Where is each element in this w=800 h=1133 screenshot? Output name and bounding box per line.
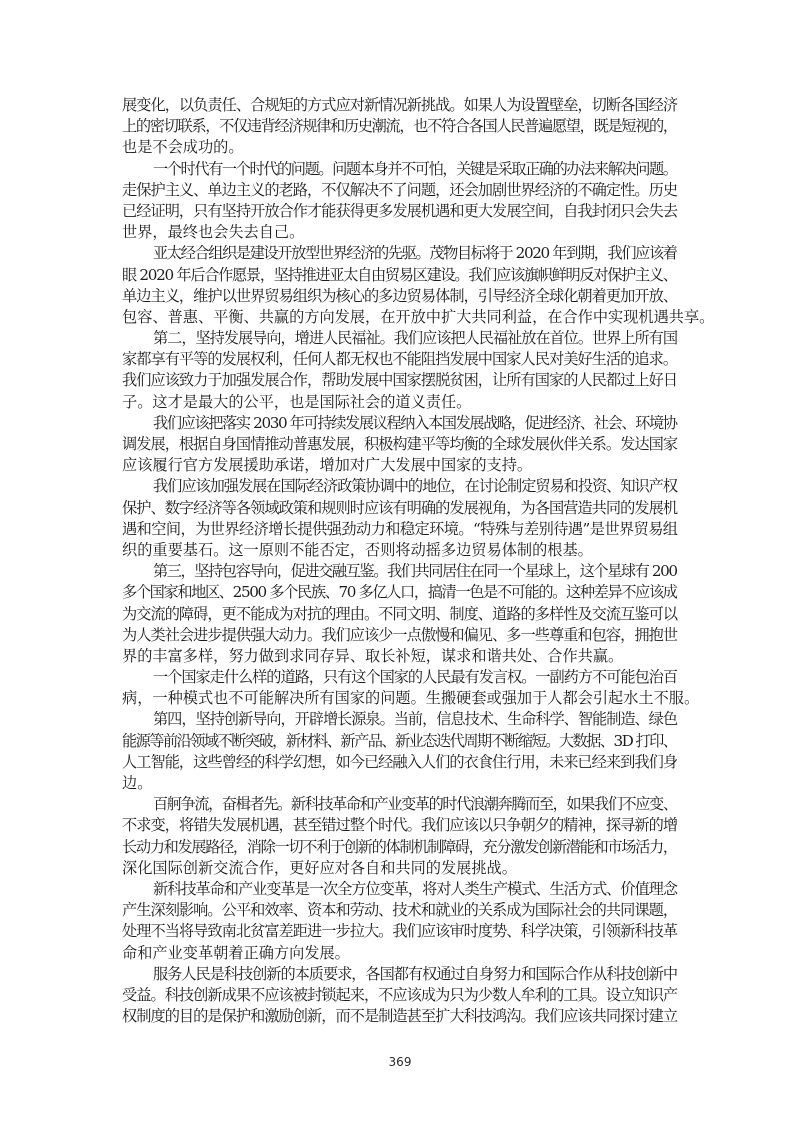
text-line: 家都享有平等的发展权利，任何人都无权也不能阻挡发展中国家人民对美好生活的追求。	[122, 349, 678, 370]
text-line: 调发展，根据自身国情推动普惠发展，积极构建平等均衡的全球发展伙伴关系。发达国家	[122, 434, 678, 455]
text-line: 包容、普惠、平衡、共赢的方向发展，在开放中扩大共同利益，在合作中实现机遇共享。	[122, 307, 678, 328]
text-line: 遇和空间，为世界经济增长提供强劲动力和稳定环境。“特殊与差别待遇”是世界贸易组	[122, 519, 678, 540]
document-page: 展变化，以负责任、合规矩的方式应对新情况新挑战。如果人为设置壁垒，切断各国经济上…	[0, 0, 800, 1133]
text-line: 已经证明，只有坚持开放合作才能获得更多发展机遇和更大发展空间，自我封闭只会失去	[122, 201, 678, 222]
text-line: 一个国家走什么样的道路，只有这个国家的人民最有发言权。一副药方不可能包治百	[122, 667, 678, 688]
text-line: 为人类社会进步提供强大动力。我们应该少一点傲慢和偏见、多一些尊重和包容，拥抱世	[122, 625, 678, 646]
text-line: 权制度的目的是保护和激励创新，而不是制造甚至扩大科技鸿沟。我们应该共同探讨建立	[122, 1006, 678, 1027]
text-line: 我们应该加强发展在国际经济政策协调中的地位，在讨论制定贸易和投资、知识产权	[122, 476, 678, 497]
text-line: 我们应该致力于加强发展合作，帮助发展中国家摆脱贫困，让所有国家的人民都过上好日	[122, 370, 678, 391]
text-line: 界的丰富多样，努力做到求同存异、取长补短，谋求和谐共处、合作共赢。	[122, 646, 678, 667]
text-line: 眼 2020 年后合作愿景，坚持推进亚太自由贸易区建设。我们应该旗帜鲜明反对保护…	[122, 265, 678, 286]
text-line: 世界，最终也会失去自己。	[122, 222, 678, 243]
text-line: 我们应该把落实 2030 年可持续发展议程纳入本国发展战略，促进经济、社会、环境…	[122, 413, 678, 434]
text-line: 为交流的障碍，更不能成为对抗的理由。不同文明、制度、道路的多样性及交流互鉴可以	[122, 604, 678, 625]
text-line: 单边主义，维护以世界贸易组织为核心的多边贸易体制，引导经济全球化朝着更加开放、	[122, 286, 678, 307]
text-line: 应该履行官方发展援助承诺，增加对广大发展中国家的支持。	[122, 455, 678, 476]
text-line: 上的密切联系，不仅违背经济规律和历史潮流，也不符合各国人民普遍愿望，既是短视的，	[122, 116, 678, 137]
text-line: 不求变，将错失发展机遇，甚至错过整个时代。我们应该以只争朝夕的精神，探寻新的增	[122, 815, 678, 836]
text-line: 第三，坚持包容导向，促进交融互鉴。我们共同居住在同一个星球上，这个星球有 200	[122, 561, 678, 582]
text-line: 也是不会成功的。	[122, 137, 678, 158]
text-line: 受益。科技创新成果不应该被封锁起来，不应该成为只为少数人牟利的工具。设立知识产	[122, 985, 678, 1006]
text-line: 子。这才是最大的公平，也是国际社会的道义责任。	[122, 392, 678, 413]
text-line: 深化国际创新交流合作，更好应对各自和共同的发展挑战。	[122, 858, 678, 879]
body-text: 展变化，以负责任、合规矩的方式应对新情况新挑战。如果人为设置壁垒，切断各国经济上…	[122, 95, 678, 1027]
text-line: 能源等前沿领域不断突破，新材料、新产品、新业态迭代周期不断缩短。大数据、3D 打…	[122, 731, 678, 752]
text-line: 病，一种模式也不可能解决所有国家的问题。生搬硬套或强加于人都会引起水土不服。	[122, 688, 678, 709]
page-number: 369	[0, 1055, 800, 1069]
text-line: 走保护主义、单边主义的老路，不仅解决不了问题，还会加剧世界经济的不确定性。历史	[122, 180, 678, 201]
text-line: 新科技革命和产业变革是一次全方位变革，将对人类生产模式、生活方式、价值理念	[122, 879, 678, 900]
text-line: 命和产业变革朝着正确方向发展。	[122, 943, 678, 964]
text-line: 保护、数字经济等各领域政策和规则时应该有明确的发展视角，为各国营造共同的发展机	[122, 498, 678, 519]
text-line: 人工智能，这些曾经的科学幻想，如今已经融入人们的衣食住行用，未来已经来到我们身	[122, 752, 678, 773]
text-line: 展变化，以负责任、合规矩的方式应对新情况新挑战。如果人为设置壁垒，切断各国经济	[122, 95, 678, 116]
text-line: 产生深刻影响。公平和效率、资本和劳动、技术和就业的关系成为国际社会的共同课题，	[122, 900, 678, 921]
text-line: 亚太经合组织是建设开放型世界经济的先驱。茂物目标将于 2020 年到期，我们应该…	[122, 243, 678, 264]
text-line: 服务人民是科技创新的本质要求，各国都有权通过自身努力和国际合作从科技创新中	[122, 964, 678, 985]
text-line: 边。	[122, 773, 678, 794]
text-line: 第四，坚持创新导向，开辟增长源泉。当前，信息技术、生命科学、智能制造、绿色	[122, 709, 678, 730]
text-line: 一个时代有一个时代的问题。问题本身并不可怕，关键是采取正确的办法来解决问题。	[122, 159, 678, 180]
text-line: 织的重要基石。这一原则不能否定，否则将动摇多边贸易体制的根基。	[122, 540, 678, 561]
text-line: 百舸争流，奋楫者先。新科技革命和产业变革的时代浪潮奔腾而至，如果我们不应变、	[122, 794, 678, 815]
text-line: 长动力和发展路径，消除一切不利于创新的体制机制障碍，充分激发创新潜能和市场活力，	[122, 837, 678, 858]
text-line: 第二，坚持发展导向，增进人民福祉。我们应该把人民福祉放在首位。世界上所有国	[122, 328, 678, 349]
text-line: 处理不当将导致南北贫富差距进一步拉大。我们应该审时度势、科学决策，引领新科技革	[122, 921, 678, 942]
text-line: 多个国家和地区、2500 多个民族、70 多亿人口，搞清一色是不可能的。这种差异…	[122, 582, 678, 603]
